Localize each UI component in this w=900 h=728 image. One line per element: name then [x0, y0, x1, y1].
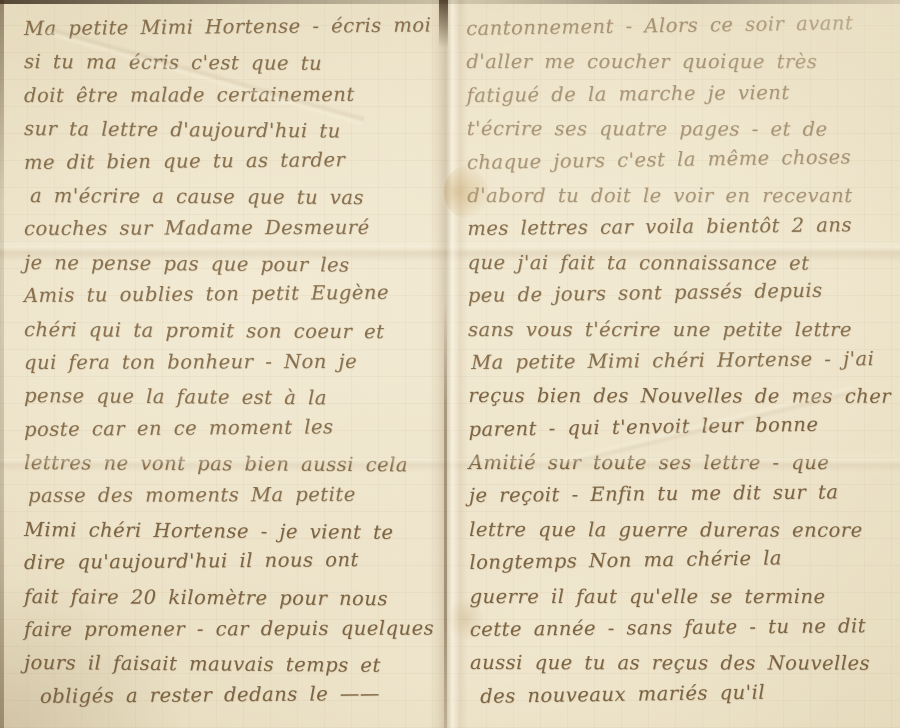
- handwriting-line: chaque jours c'est la même choses: [467, 139, 897, 179]
- handwriting-line: mes lettres car voila bientôt 2 ans: [467, 208, 897, 246]
- handwriting-line: fatigué de la marche je vient: [466, 75, 896, 113]
- handwriting-line: me dit bien que tu as tarder: [24, 142, 438, 179]
- handwriting-line: Ma petite Mimi Hortense - écris moi: [24, 8, 438, 45]
- handwriting-line: d'aller me coucher quoique très: [466, 45, 896, 78]
- handwriting-line: longtemps Non ma chérie la: [469, 540, 899, 580]
- handwriting-line: si tu ma écris c'est que tu: [24, 45, 438, 81]
- handwriting-line: a m'écrire a cause que tu vas: [24, 179, 438, 215]
- handwriting-line: dire qu'aujourd'hui il nous ont: [24, 543, 438, 580]
- handwriting-line: parent - qui t'envoit leur bonne: [468, 406, 898, 446]
- handwriting-line: fait faire 20 kilomètre pour nous: [24, 580, 438, 616]
- handwriting-line: cantonnement - Alors ce soir avant: [466, 6, 896, 46]
- handwriting-line: passe des moments Ma petite: [24, 478, 438, 513]
- center-fold-top-shadow: [439, 0, 448, 48]
- handwriting-line: qui fera ton bonheur - Non je: [24, 344, 438, 379]
- handwriting-line: Ma petite Mimi chéri Hortense - j'ai: [468, 342, 898, 380]
- handwriting-line: Amitié sur toute ses lettre - que: [469, 446, 899, 479]
- handwriting-line: cette année - sans faute - tu ne dit: [470, 609, 900, 647]
- handwriting-line: je reçoit - Enfin tu me dit sur ta: [469, 475, 899, 513]
- handwriting-line: faire promener - car depuis quelques: [24, 612, 438, 647]
- letter-page-left: Ma petite Mimi Hortense - écris moi si t…: [24, 12, 438, 713]
- handwriting-line: doit être malade certainement: [24, 77, 438, 112]
- handwriting-line: sans vous t'écrire une petite lettre: [468, 313, 898, 346]
- handwriting-line: chéri qui ta promit son coeur et: [24, 313, 438, 349]
- scan-left-edge: [0, 0, 4, 728]
- handwriting-line: d'abord tu doit le voir en recevant: [467, 179, 897, 212]
- handwriting-line: Amis tu oublies ton petit Eugène: [24, 276, 438, 313]
- handwriting-line: des nouveaux mariés qu'il: [470, 673, 900, 713]
- letter-page-right: cantonnement - Alors ce soir avant d'all…: [466, 9, 900, 713]
- handwriting-line: poste car en ce moment les: [24, 409, 438, 446]
- handwriting-line: peu de jours sont passés depuis: [467, 273, 897, 313]
- handwriting-line: obligés a rester dedans le ——: [24, 676, 438, 713]
- handwriting-line: guerre il faut qu'elle se termine: [470, 580, 900, 613]
- handwritten-letter-scan: Ma petite Mimi Hortense - écris moi si t…: [0, 0, 900, 728]
- scan-top-edge: [0, 0, 900, 4]
- handwriting-line: couches sur Madame Desmeuré: [24, 211, 438, 246]
- center-fold-line: [444, 300, 447, 728]
- handwriting-line: lettres ne vont pas bien aussi cela: [24, 446, 438, 482]
